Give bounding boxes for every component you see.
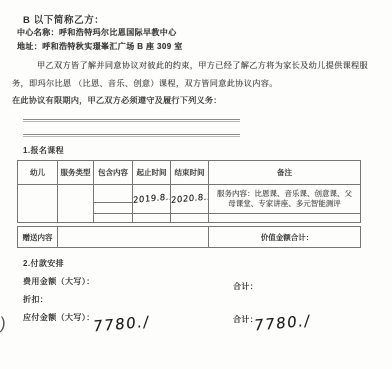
header-start-time: 起止时间 <box>133 161 171 185</box>
handwritten-payable-amount: 7780.∕ <box>93 312 151 335</box>
cell-included-content-2 <box>94 203 133 214</box>
agreement-paragraph-line-2: 务，即玛尔比恩 （比恩、音乐、创意）课程，双方皆同意此协议内容。 <box>12 78 278 89</box>
obligation-line: 在此协议有限期内，甲乙双方必须遵守及履行下列义务： <box>12 95 222 106</box>
handwritten-end-date: 2020.8.3 <box>171 192 209 206</box>
fee-total-label: 合计： <box>233 281 258 292</box>
gift-value-total-label: 价值金额合计： <box>209 227 361 248</box>
party-b-heading: B 以下简称乙方： <box>23 12 104 26</box>
header-remarks: 备注 <box>209 161 361 185</box>
cell-remarks: 服务内容：比恩课、音乐课、创意课、父母课堂、专家讲座、多元智能测评 <box>209 185 361 214</box>
payable-amount-label: 应付金额（大写）： <box>23 312 95 323</box>
scanned-agreement-page: B 以下简称乙方： 中心名称：呼和浩特玛尔比恩国际早教中心 地址：呼和浩特秋实璟… <box>0 0 392 369</box>
cell-included-content-3 <box>94 214 133 223</box>
fill-in-blank-line-2 <box>23 134 240 137</box>
handwritten-payable-total: 7780.∕ <box>254 311 312 334</box>
handwritten-start-date: 2019.8.3 <box>133 192 171 206</box>
cell-child-empty <box>18 185 58 223</box>
gift-row: 赠送内容 价值金额合计： <box>18 227 361 248</box>
agreement-paragraph-line-1: 甲乙双方皆了解并同意协议对彼此的约束，甲方已经了解乙方将为家长及幼儿提供课程服 <box>12 60 368 71</box>
header-child: 幼儿 <box>18 161 58 185</box>
address-line: 地址：呼和浩特秋实璟峯汇广场 B 座 309 室 <box>17 41 183 52</box>
cell-end-date: 2020.8.3 <box>171 185 209 214</box>
cell-included-content-1 <box>94 185 133 203</box>
header-included-content: 包含内容 <box>94 161 133 185</box>
enrollment-section-title: 1.报名课程 <box>23 145 64 156</box>
gift-content-label: 赠送内容 <box>18 227 58 248</box>
payment-section-title: 2.付款安排 <box>23 258 64 269</box>
discount-label: 折扣： <box>23 294 48 305</box>
cell-remarks-empty <box>209 214 361 223</box>
header-end-time: 结束时间 <box>171 161 209 185</box>
center-name-line: 中心名称：呼和浩特玛尔比恩国际早教中心 <box>17 27 177 38</box>
enrollment-table: 幼儿 服务类型 包含内容 起止时间 结束时间 备注 2019.8.3 2020.… <box>17 160 361 223</box>
cell-start-empty <box>133 214 171 223</box>
cell-end-empty <box>171 214 209 223</box>
cell-service-type-empty <box>58 185 94 223</box>
header-service-type: 服务类型 <box>58 161 94 185</box>
stray-pen-mark: ) <box>0 314 7 334</box>
cell-start-date: 2019.8.3 <box>133 185 171 214</box>
fill-in-blank-line-1 <box>23 119 240 122</box>
gift-row-table: 赠送内容 价值金额合计： <box>17 226 361 248</box>
table-header-row: 幼儿 服务类型 包含内容 起止时间 结束时间 备注 <box>18 161 361 185</box>
fee-amount-label: 费用金额（大写）： <box>23 276 95 287</box>
table-row: 2019.8.3 2020.8.3 服务内容：比恩课、音乐课、创意课、父母课堂、… <box>18 185 361 203</box>
gift-content-empty-cell <box>58 227 209 248</box>
